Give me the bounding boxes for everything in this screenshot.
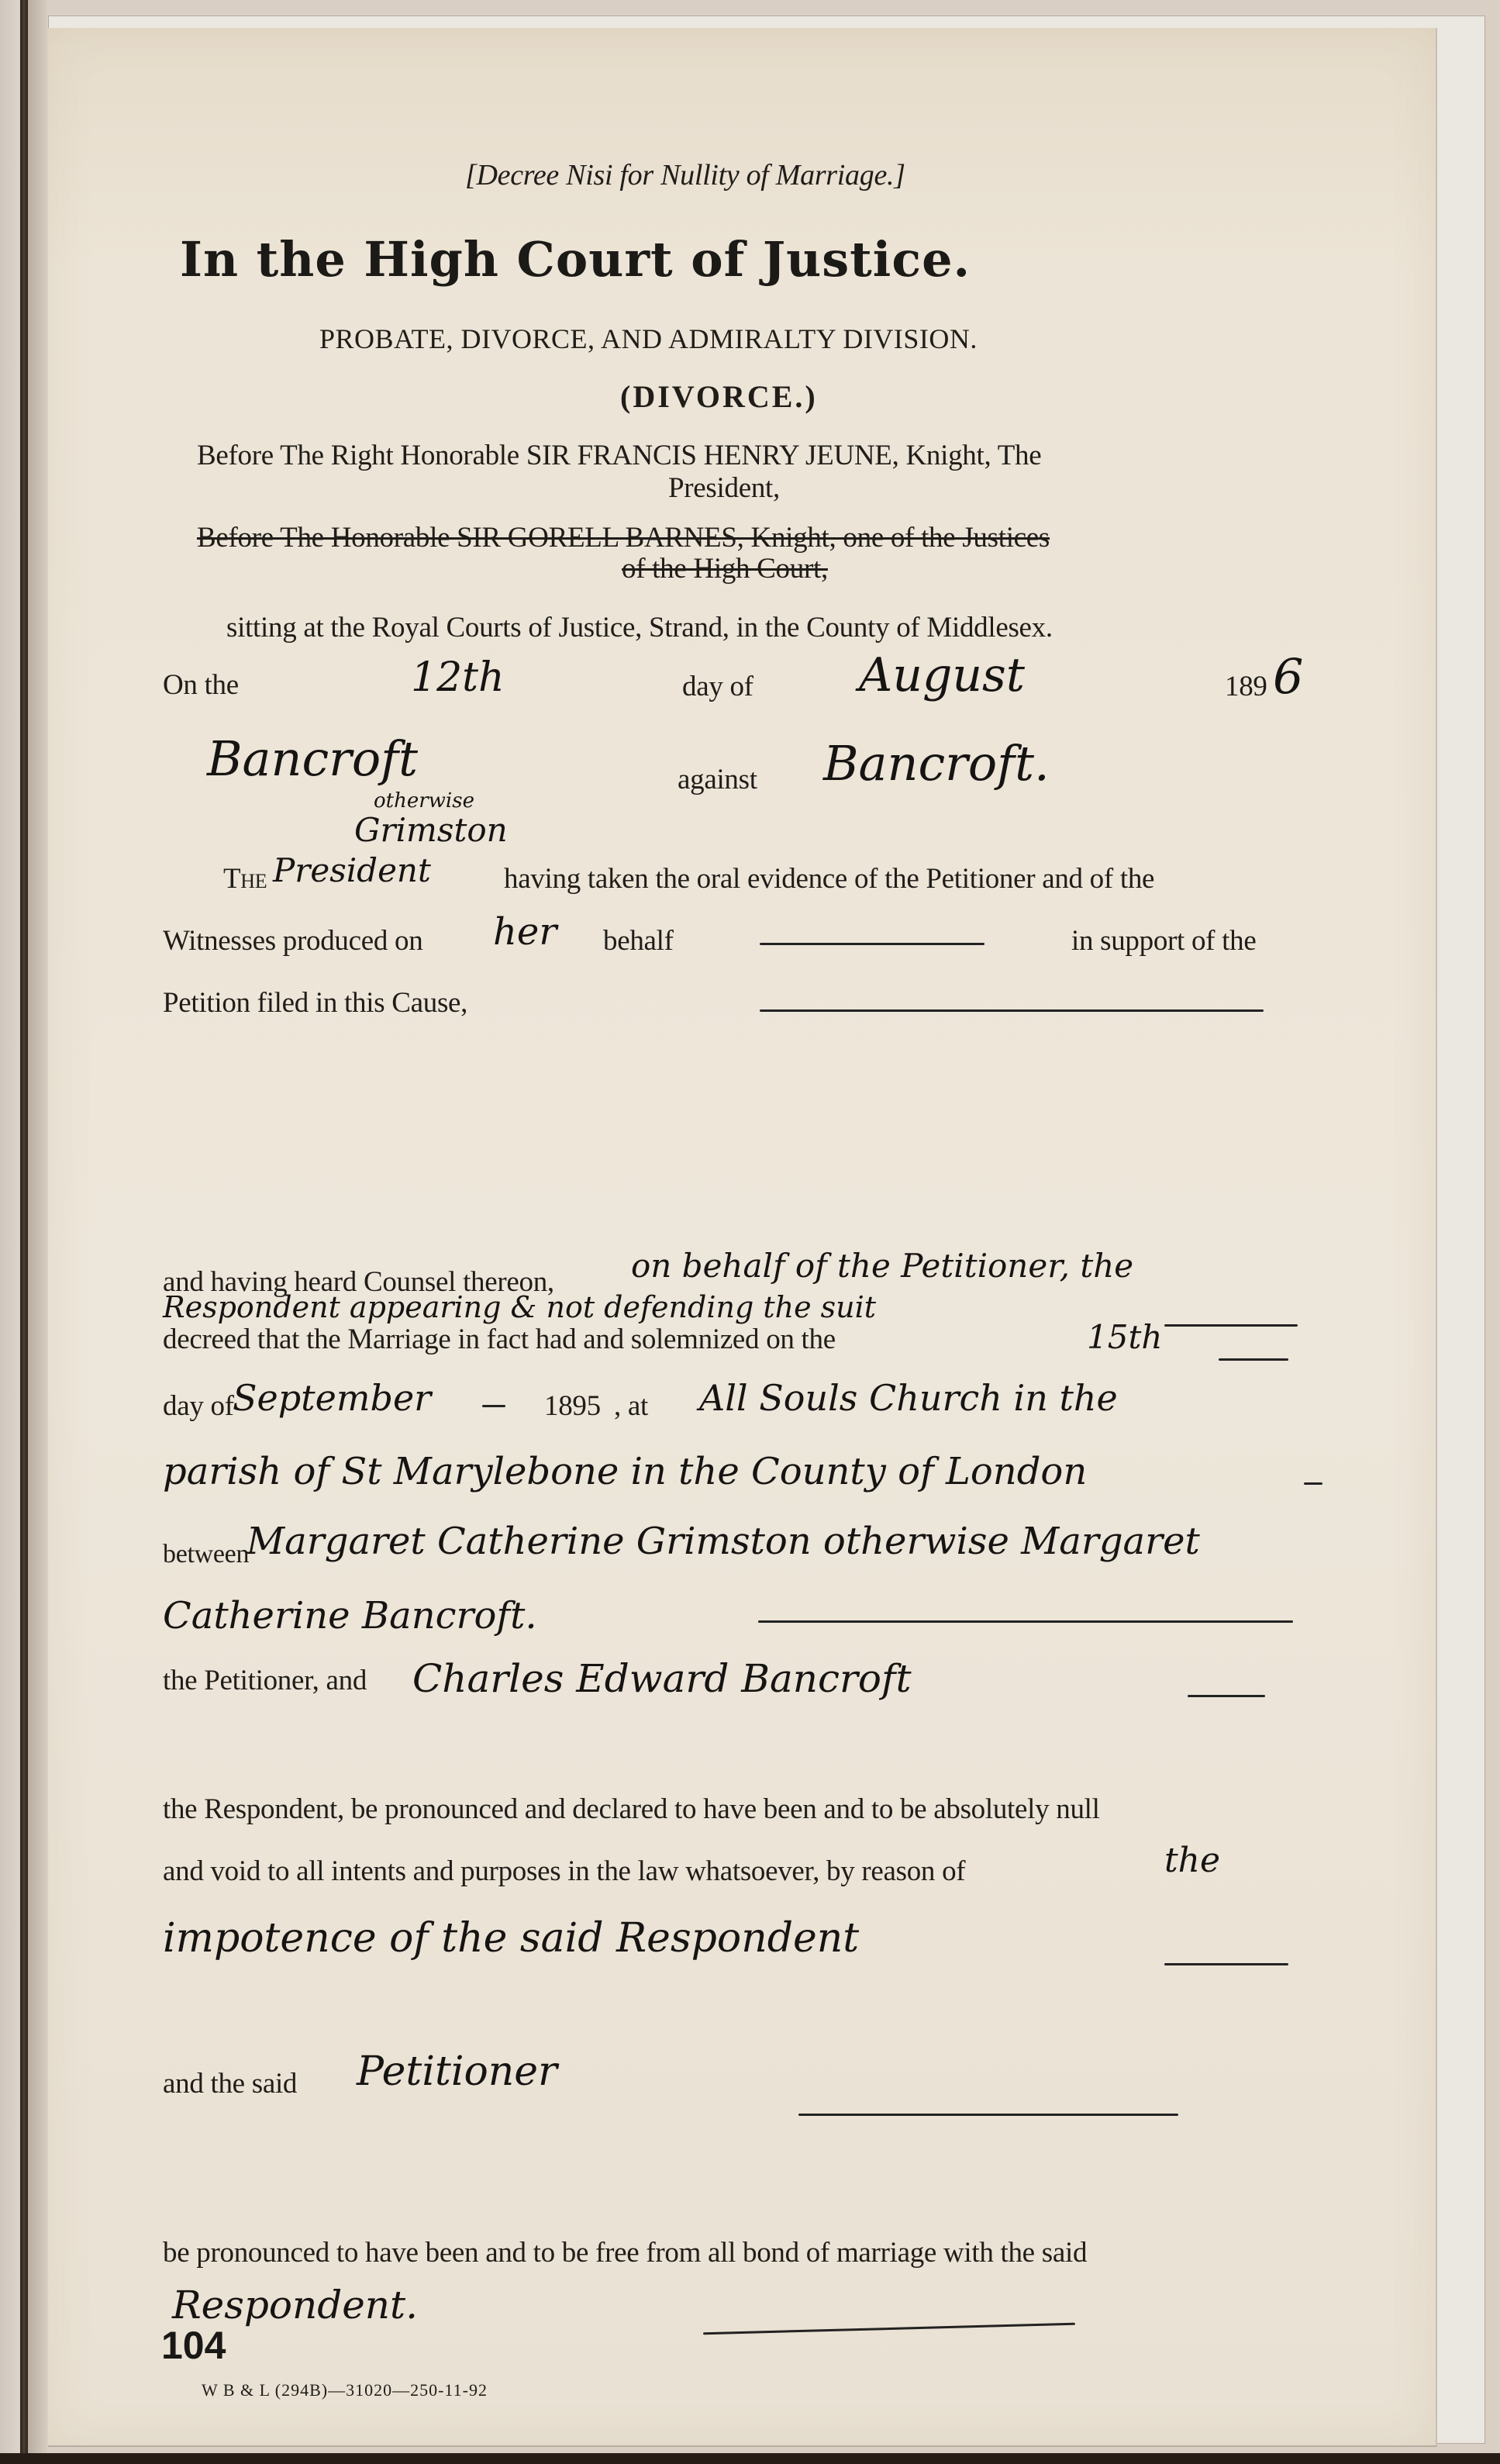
between-text: between <box>163 1540 249 1569</box>
behalf-text: behalf <box>603 924 674 958</box>
court-title: In the High Court of Justice. <box>180 231 971 288</box>
said-party-field[interactable]: Petitioner <box>357 2048 557 2095</box>
marriage-year: 1895 <box>544 1389 601 1423</box>
day-of-label: day of <box>682 670 753 703</box>
petitioner-full-name-line-2[interactable]: Catherine Bancroft. <box>163 1594 537 1637</box>
decree-year-field[interactable]: 6 <box>1273 648 1303 705</box>
reason-field-line-1[interactable]: the <box>1164 1841 1220 1880</box>
binding-edge <box>0 0 19 2464</box>
before-judge-line: Before The Right Honorable SIR FRANCIS H… <box>197 439 1041 472</box>
day-of-text: day of <box>163 1389 234 1423</box>
counsel-field-line-1[interactable]: on behalf of the Petitioner, the <box>631 1247 1133 1285</box>
and-the-said-text: and the said <box>163 2067 297 2100</box>
on-the-label: On the <box>163 668 239 702</box>
before-judge-line-2: President, <box>668 471 780 505</box>
binding-spine <box>20 0 28 2464</box>
blank-line <box>1164 1324 1298 1327</box>
document-page: [Decree Nisi for Nullity of Marriage.] I… <box>48 28 1437 2447</box>
blank-line <box>798 2114 1178 2116</box>
binding-gutter <box>28 0 47 2464</box>
judge-field[interactable]: President <box>273 851 431 889</box>
year-prefix: 189 <box>1225 670 1267 703</box>
petitioner-alias-word: otherwise <box>374 789 474 813</box>
respondent-full-name-field[interactable]: Charles Edward Bancroft <box>412 1656 912 1701</box>
sitting-line: sitting at the Royal Courts of Justice, … <box>226 611 1053 644</box>
decreed-text: decreed that the Marriage in fact had an… <box>163 1323 836 1356</box>
place-field-line-1[interactable]: All Souls Church in the <box>699 1377 1118 1419</box>
struck-judge-line-2: of the High Court, <box>622 552 828 585</box>
blank-line <box>1219 1358 1288 1361</box>
bottom-shadow <box>0 2453 1500 2464</box>
evidence-text: having taken the oral evidence of the Pe… <box>504 862 1154 896</box>
void-text: and void to all intents and purposes in … <box>163 1855 965 1888</box>
blank-line <box>1304 1482 1322 1485</box>
counsel-field-line-2[interactable]: Respondent appearing & not defending the… <box>163 1290 876 1324</box>
printer-mark: W B & L (294B)—31020—250-11-92 <box>202 2380 488 2400</box>
reason-field-line-2[interactable]: impotence of the said Respondent <box>163 1915 859 1962</box>
petitioner-alias-field[interactable]: Grimston <box>354 811 508 849</box>
at-text: , at <box>614 1389 648 1423</box>
with-party-field[interactable]: Respondent. <box>172 2283 418 2328</box>
against-label: against <box>678 763 757 796</box>
struck-judge-line: Before The Honorable SIR GORELL BARNES, … <box>197 521 1050 554</box>
petitioner-full-name-line-1[interactable]: Margaret Catherine Grimston otherwise Ma… <box>247 1520 1200 1563</box>
witnesses-text: Witnesses produced on <box>163 924 422 958</box>
blank-line <box>760 943 984 945</box>
blank-line <box>1188 1695 1265 1697</box>
marriage-day-field[interactable]: 15th <box>1087 1318 1162 1356</box>
blank-line <box>758 1620 1293 1623</box>
petitioner-name-field[interactable]: Bancroft <box>207 730 418 787</box>
pronoun-field[interactable]: her <box>493 910 557 954</box>
blank-line <box>1164 1963 1288 1965</box>
subdivision-heading: (DIVORCE.) <box>620 378 818 415</box>
blank-line <box>703 2323 1075 2335</box>
page-number: 104 <box>161 2323 226 2368</box>
decree-day-field[interactable]: 12th <box>411 654 505 701</box>
respondent-pronounced-text: the Respondent, be pronounced and declar… <box>163 1793 1100 1826</box>
place-field-line-2[interactable]: parish of St Marylebone in the County of… <box>163 1450 1087 1493</box>
marriage-month-field[interactable]: September <box>233 1377 431 1419</box>
blank-line <box>482 1405 505 1407</box>
blank-line <box>760 1009 1264 1012</box>
the-label: The <box>223 862 267 896</box>
decree-month-field[interactable]: August <box>859 648 1025 702</box>
respondent-name-field[interactable]: Bancroft. <box>823 735 1050 792</box>
petitioner-and-text: the Petitioner, and <box>163 1664 367 1697</box>
free-from-bond-text: be pronounced to have been and to be fre… <box>163 2236 1087 2269</box>
division-heading: PROBATE, DIVORCE, AND ADMIRALTY DIVISION… <box>319 323 978 355</box>
support-text: in support of the <box>1071 924 1256 958</box>
form-caption: [Decree Nisi for Nullity of Marriage.] <box>465 158 905 192</box>
petition-filed-text: Petition filed in this Cause, <box>163 986 467 1020</box>
